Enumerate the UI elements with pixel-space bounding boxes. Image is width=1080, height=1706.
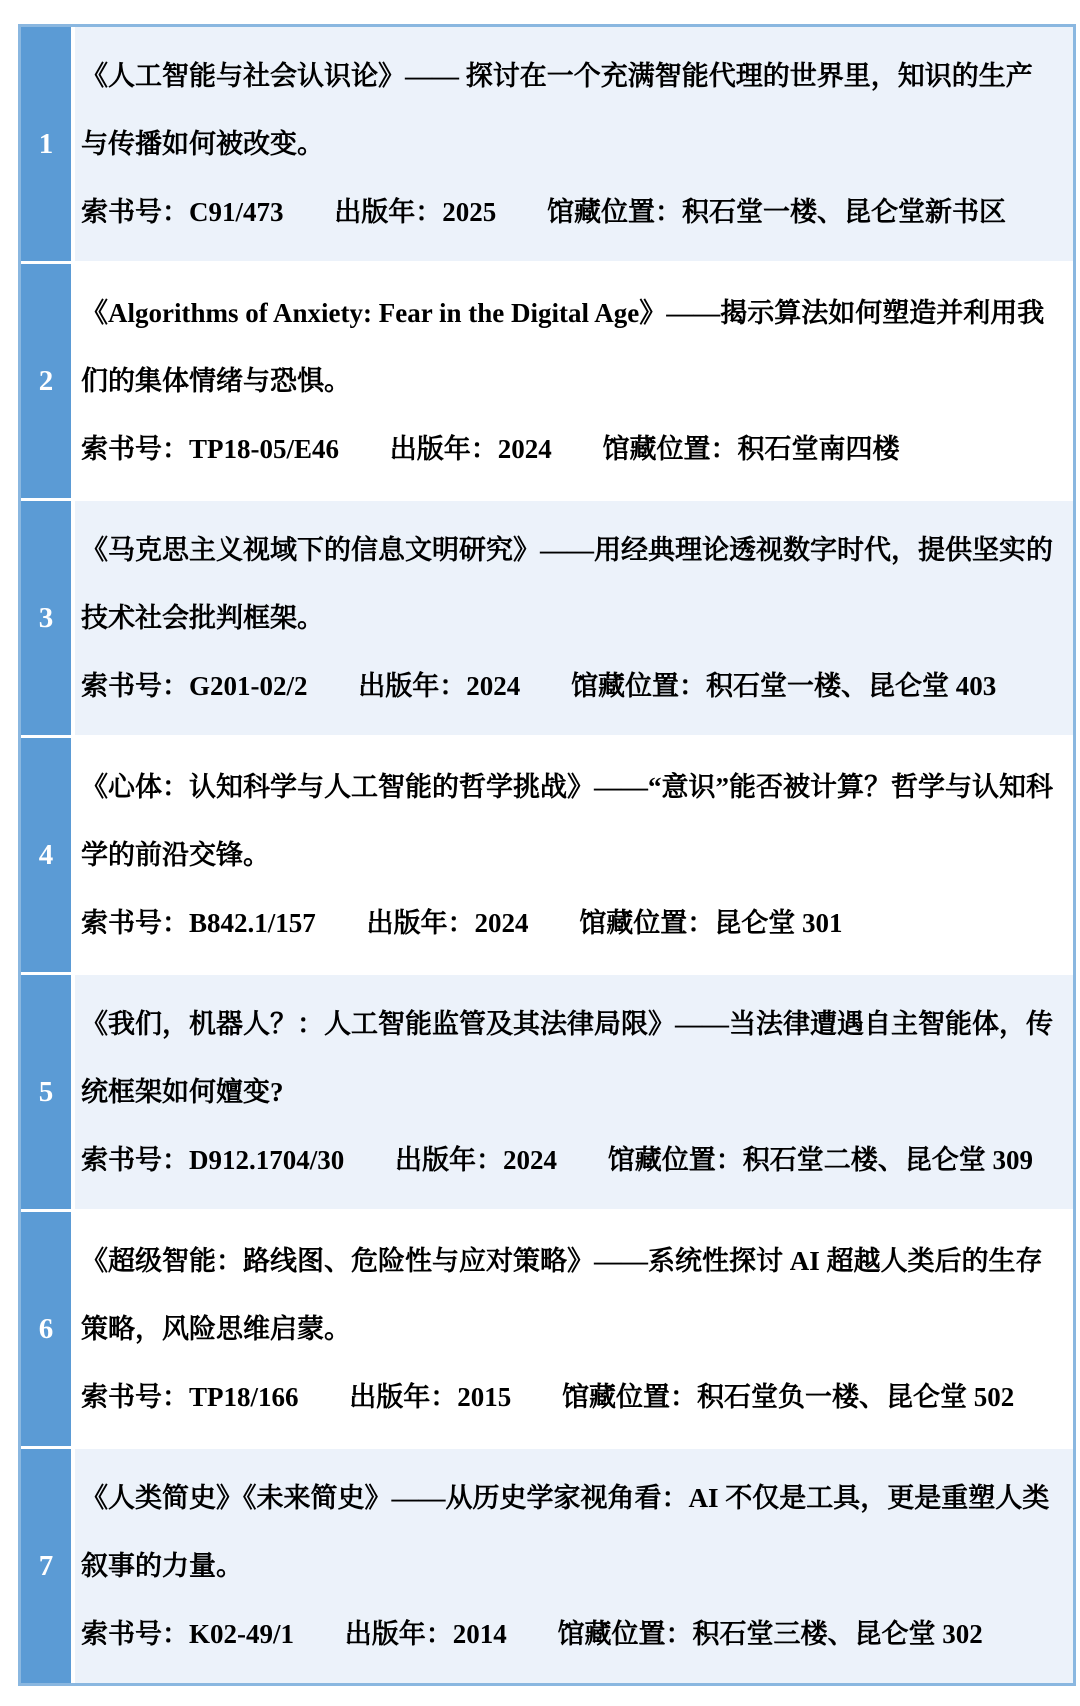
publish-year: 出版年：2024: [390, 434, 552, 464]
call-number: 索书号：D912.1704/30: [81, 1145, 344, 1175]
publish-year-label: 出版年：: [358, 671, 466, 701]
call-number-value: TP18-05/E46: [189, 434, 339, 464]
shelf-location-value: 积石堂一楼、昆仑堂新书区: [682, 197, 1006, 227]
publish-year: 出版年：2015: [349, 1382, 511, 1412]
shelf-location-label: 馆藏位置：: [562, 1382, 697, 1412]
row-index-3: 3: [21, 501, 71, 735]
publish-year-value: 2024: [498, 434, 552, 464]
book-description: 《我们，机器人？：人工智能监管及其法律局限》——当法律遭遇自主智能体，传统框架如…: [81, 990, 1057, 1126]
call-number: 索书号：G201-02/2: [81, 671, 308, 701]
row-index-6: 6: [21, 1212, 71, 1446]
book-meta: 索书号：K02-49/1 出版年：2014 馆藏位置：积石堂三楼、昆仑堂 302: [81, 1600, 1057, 1668]
shelf-location: 馆藏位置：积石堂南四楼: [603, 434, 900, 464]
call-number: 索书号：C91/473: [81, 197, 284, 227]
publish-year-value: 2024: [466, 671, 520, 701]
shelf-location-label: 馆藏位置：: [547, 197, 682, 227]
book-recommendation-table: 1 《人工智能与社会认识论》—— 探讨在一个充满智能代理的世界里，知识的生产与传…: [18, 24, 1076, 1686]
shelf-location: 馆藏位置：积石堂二楼、昆仑堂 309: [608, 1145, 1033, 1175]
publish-year-value: 2024: [503, 1145, 557, 1175]
call-number-label: 索书号：: [81, 1382, 189, 1412]
call-number-label: 索书号：: [81, 908, 189, 938]
publish-year: 出版年：2024: [367, 908, 529, 938]
book-description: 《超级智能：路线图、危险性与应对策略》——系统性探讨 AI 超越人类后的生存策略…: [81, 1227, 1057, 1363]
call-number: 索书号：K02-49/1: [81, 1619, 294, 1649]
book-cell-5: 《我们，机器人？：人工智能监管及其法律局限》——当法律遭遇自主智能体，传统框架如…: [71, 975, 1073, 1209]
publish-year-label: 出版年：: [345, 1619, 453, 1649]
call-number-value: G201-02/2: [189, 671, 308, 701]
row-index-4: 4: [21, 738, 71, 972]
shelf-location-label: 馆藏位置：: [608, 1145, 743, 1175]
call-number-value: K02-49/1: [189, 1619, 294, 1649]
book-row-7: 7 《人类简史》《未来简史》——从历史学家视角看：AI 不仅是工具，更是重塑人类…: [21, 1446, 1073, 1683]
publish-year-label: 出版年：: [334, 197, 442, 227]
book-cell-3: 《马克思主义视域下的信息文明研究》——用经典理论透视数字时代，提供坚实的技术社会…: [71, 501, 1073, 735]
book-meta: 索书号：B842.1/157 出版年：2024 馆藏位置：昆仑堂 301: [81, 889, 1057, 957]
shelf-location-value: 积石堂三楼、昆仑堂 302: [693, 1619, 983, 1649]
book-meta: 索书号：G201-02/2 出版年：2024 馆藏位置：积石堂一楼、昆仑堂 40…: [81, 652, 1057, 720]
call-number-label: 索书号：: [81, 197, 189, 227]
publish-year-label: 出版年：: [390, 434, 498, 464]
publish-year-label: 出版年：: [395, 1145, 503, 1175]
publish-year-value: 2024: [475, 908, 529, 938]
book-meta: 索书号：D912.1704/30 出版年：2024 馆藏位置：积石堂二楼、昆仑堂…: [81, 1126, 1057, 1194]
shelf-location: 馆藏位置：积石堂一楼、昆仑堂 403: [571, 671, 996, 701]
row-index-2: 2: [21, 264, 71, 498]
shelf-location: 馆藏位置：积石堂三楼、昆仑堂 302: [558, 1619, 983, 1649]
book-description: 《人工智能与社会认识论》—— 探讨在一个充满智能代理的世界里，知识的生产与传播如…: [81, 42, 1057, 178]
shelf-location-value: 积石堂二楼、昆仑堂 309: [743, 1145, 1033, 1175]
call-number-label: 索书号：: [81, 671, 189, 701]
row-index-7: 7: [21, 1449, 71, 1683]
call-number-value: D912.1704/30: [189, 1145, 344, 1175]
call-number-label: 索书号：: [81, 434, 189, 464]
publish-year: 出版年：2014: [345, 1619, 507, 1649]
shelf-location-label: 馆藏位置：: [558, 1619, 693, 1649]
publish-year-value: 2014: [453, 1619, 507, 1649]
call-number: 索书号：B842.1/157: [81, 908, 316, 938]
shelf-location-value: 积石堂南四楼: [738, 434, 900, 464]
book-cell-1: 《人工智能与社会认识论》—— 探讨在一个充满智能代理的世界里，知识的生产与传播如…: [71, 27, 1073, 261]
publish-year-value: 2015: [457, 1382, 511, 1412]
shelf-location-label: 馆藏位置：: [571, 671, 706, 701]
shelf-location: 馆藏位置：昆仑堂 301: [579, 908, 842, 938]
publish-year-label: 出版年：: [367, 908, 475, 938]
call-number: 索书号：TP18/166: [81, 1382, 299, 1412]
call-number-value: B842.1/157: [189, 908, 316, 938]
book-cell-6: 《超级智能：路线图、危险性与应对策略》——系统性探讨 AI 超越人类后的生存策略…: [71, 1212, 1073, 1446]
shelf-location-value: 积石堂负一楼、昆仑堂 502: [697, 1382, 1014, 1412]
shelf-location-value: 积石堂一楼、昆仑堂 403: [706, 671, 996, 701]
shelf-location-label: 馆藏位置：: [579, 908, 714, 938]
call-number-value: C91/473: [189, 197, 284, 227]
publish-year: 出版年：2024: [358, 671, 520, 701]
book-cell-4: 《心体：认知科学与人工智能的哲学挑战》——“意识”能否被计算？哲学与认知科学的前…: [71, 738, 1073, 972]
publish-year-label: 出版年：: [349, 1382, 457, 1412]
shelf-location-label: 馆藏位置：: [603, 434, 738, 464]
publish-year: 出版年：2024: [395, 1145, 557, 1175]
book-description: 《Algorithms of Anxiety: Fear in the Digi…: [81, 279, 1057, 415]
book-row-6: 6 《超级智能：路线图、危险性与应对策略》——系统性探讨 AI 超越人类后的生存…: [21, 1209, 1073, 1446]
book-row-5: 5 《我们，机器人？：人工智能监管及其法律局限》——当法律遭遇自主智能体，传统框…: [21, 972, 1073, 1209]
book-description: 《心体：认知科学与人工智能的哲学挑战》——“意识”能否被计算？哲学与认知科学的前…: [81, 753, 1057, 889]
call-number: 索书号：TP18-05/E46: [81, 434, 339, 464]
book-row-1: 1 《人工智能与社会认识论》—— 探讨在一个充满智能代理的世界里，知识的生产与传…: [21, 27, 1073, 261]
call-number-label: 索书号：: [81, 1619, 189, 1649]
call-number-label: 索书号：: [81, 1145, 189, 1175]
book-cell-7: 《人类简史》《未来简史》——从历史学家视角看：AI 不仅是工具，更是重塑人类叙事…: [71, 1449, 1073, 1683]
shelf-location: 馆藏位置：积石堂负一楼、昆仑堂 502: [562, 1382, 1014, 1412]
book-meta: 索书号：TP18/166 出版年：2015 馆藏位置：积石堂负一楼、昆仑堂 50…: [81, 1363, 1057, 1431]
shelf-location: 馆藏位置：积石堂一楼、昆仑堂新书区: [547, 197, 1006, 227]
book-cell-2: 《Algorithms of Anxiety: Fear in the Digi…: [71, 264, 1073, 498]
book-meta: 索书号：C91/473 出版年：2025 馆藏位置：积石堂一楼、昆仑堂新书区: [81, 178, 1057, 246]
row-index-5: 5: [21, 975, 71, 1209]
book-description: 《人类简史》《未来简史》——从历史学家视角看：AI 不仅是工具，更是重塑人类叙事…: [81, 1464, 1057, 1600]
book-row-4: 4 《心体：认知科学与人工智能的哲学挑战》——“意识”能否被计算？哲学与认知科学…: [21, 735, 1073, 972]
publish-year-value: 2025: [442, 197, 496, 227]
publish-year: 出版年：2025: [334, 197, 496, 227]
book-description: 《马克思主义视域下的信息文明研究》——用经典理论透视数字时代，提供坚实的技术社会…: [81, 516, 1057, 652]
book-row-3: 3 《马克思主义视域下的信息文明研究》——用经典理论透视数字时代，提供坚实的技术…: [21, 498, 1073, 735]
book-meta: 索书号：TP18-05/E46 出版年：2024 馆藏位置：积石堂南四楼: [81, 415, 1057, 483]
row-index-1: 1: [21, 27, 71, 261]
book-row-2: 2 《Algorithms of Anxiety: Fear in the Di…: [21, 261, 1073, 498]
call-number-value: TP18/166: [189, 1382, 299, 1412]
shelf-location-value: 昆仑堂 301: [714, 908, 842, 938]
